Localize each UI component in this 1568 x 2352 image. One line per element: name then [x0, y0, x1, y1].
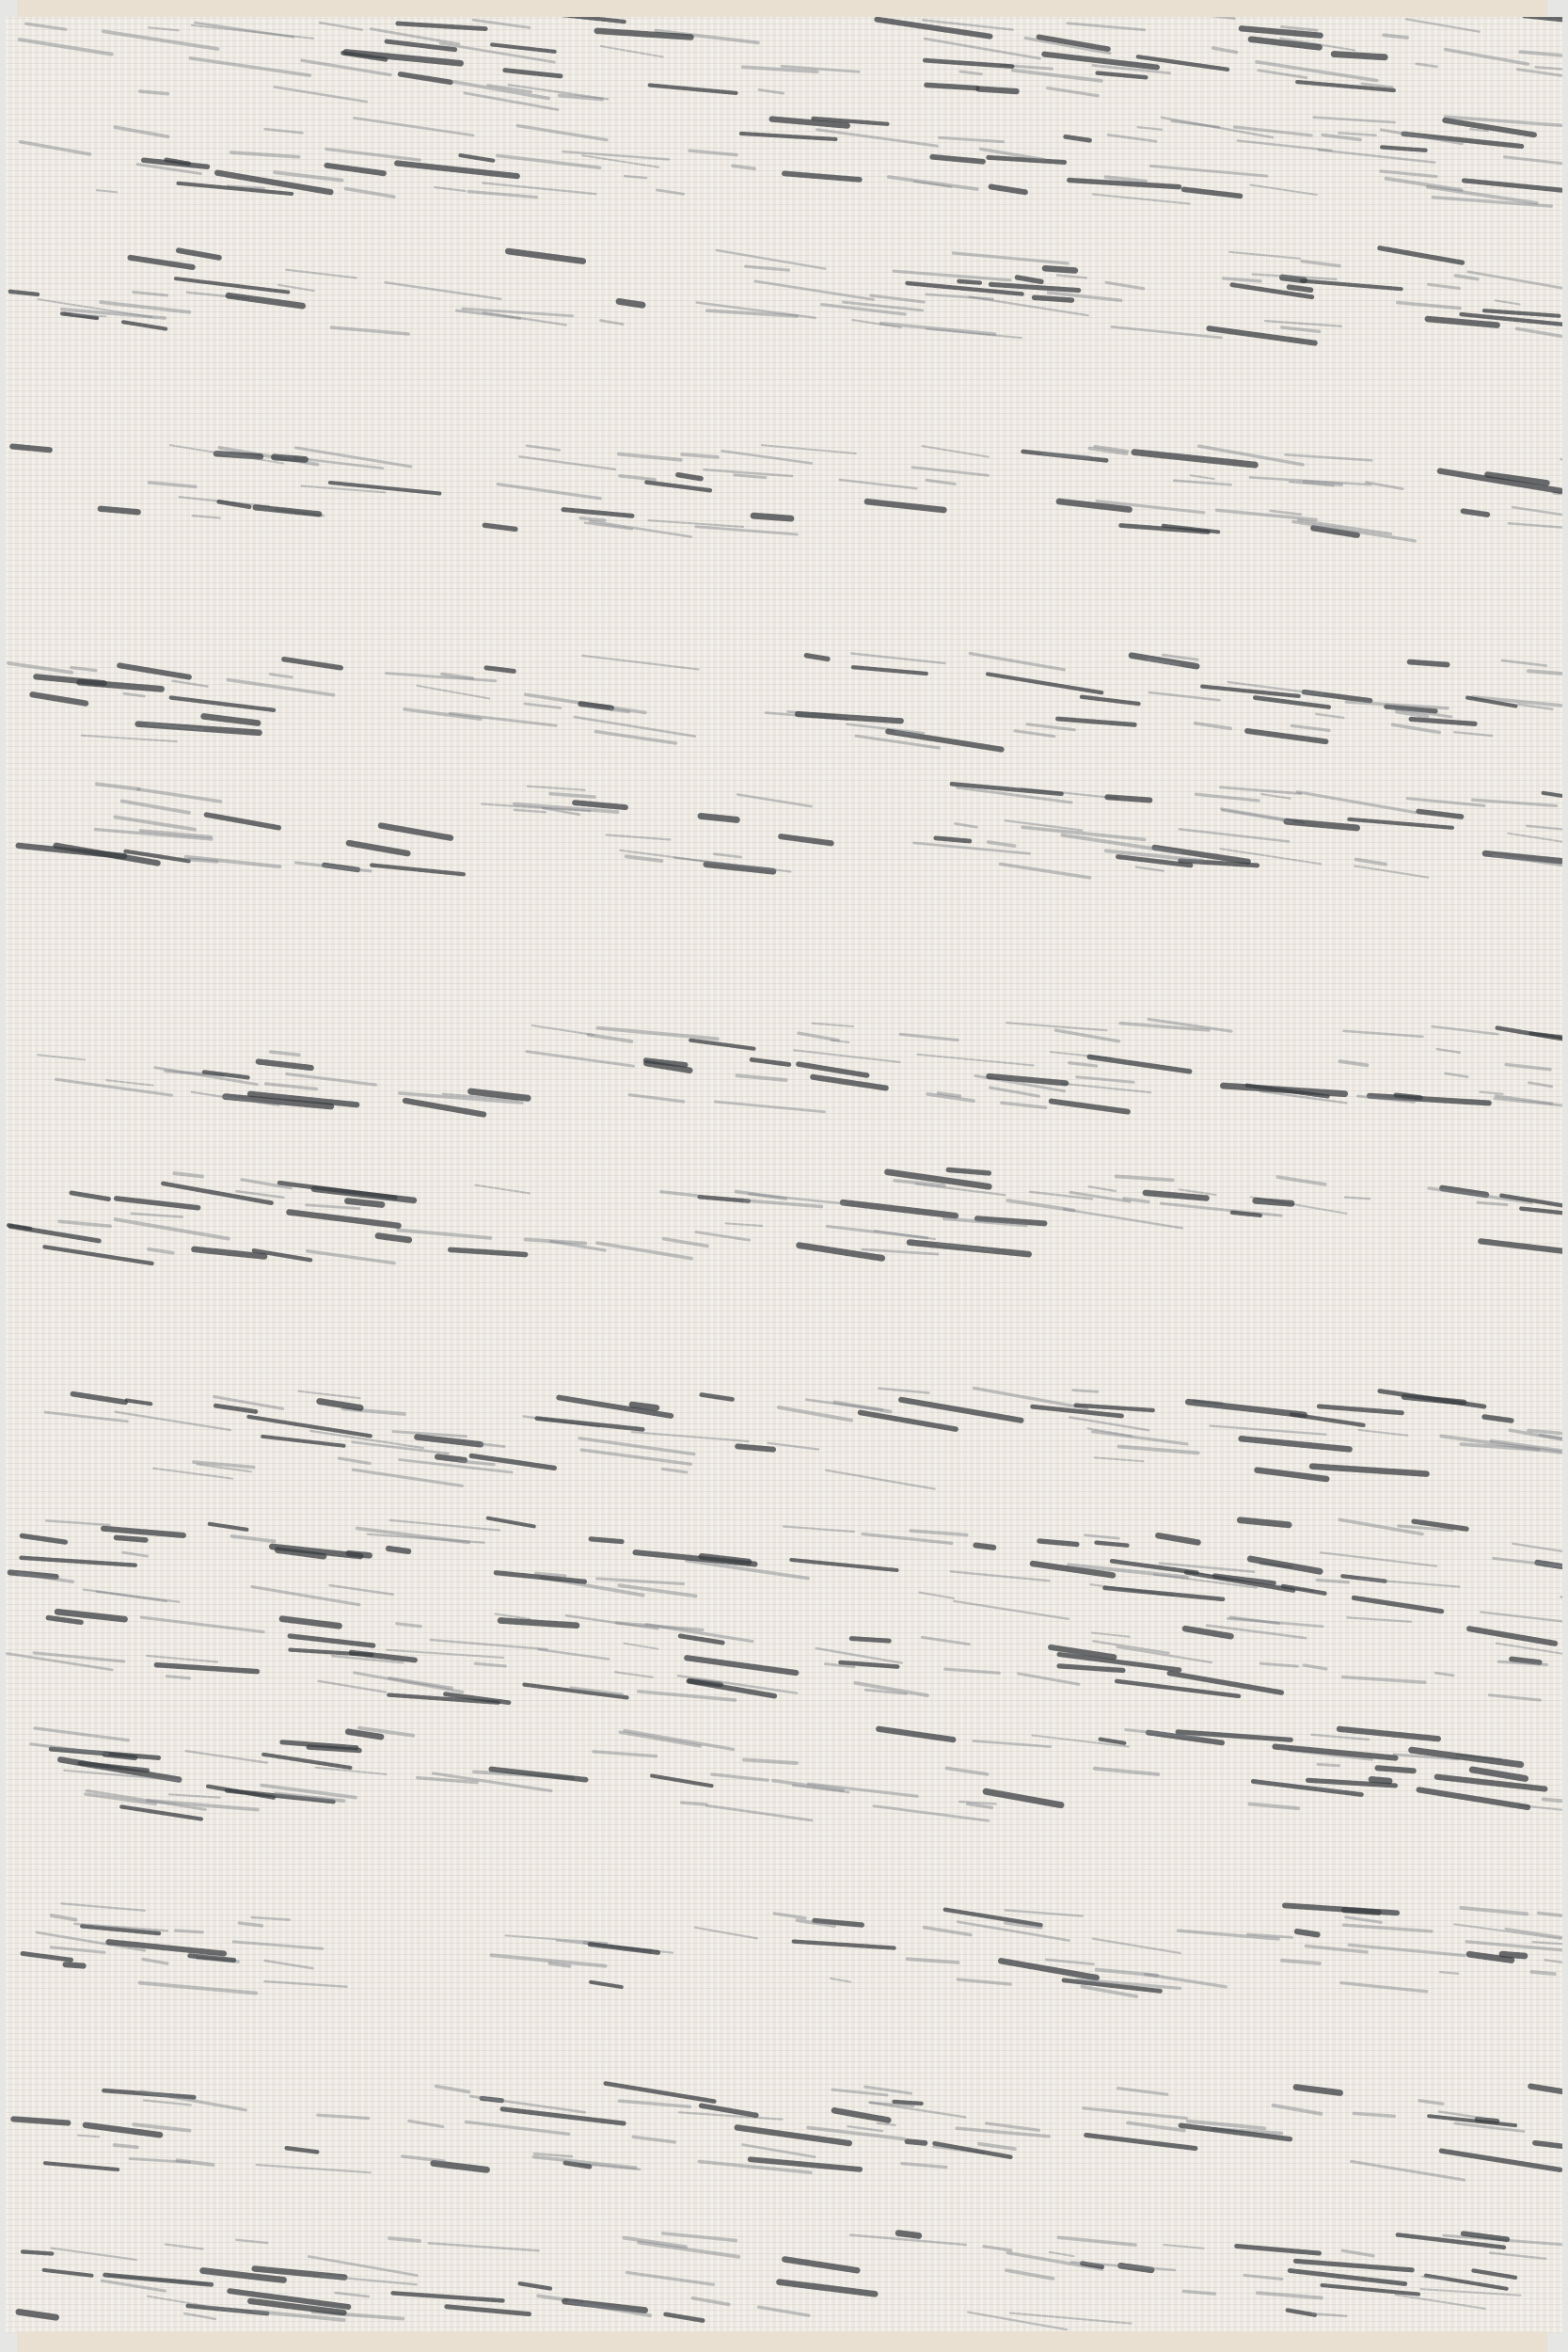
- rug-woven-field: [6, 17, 1562, 2333]
- rug-streak-pattern: [6, 17, 1562, 2333]
- rug-top-binding: [17, 0, 1547, 19]
- rug: [6, 0, 1562, 2352]
- rug-bottom-binding: [17, 2331, 1547, 2352]
